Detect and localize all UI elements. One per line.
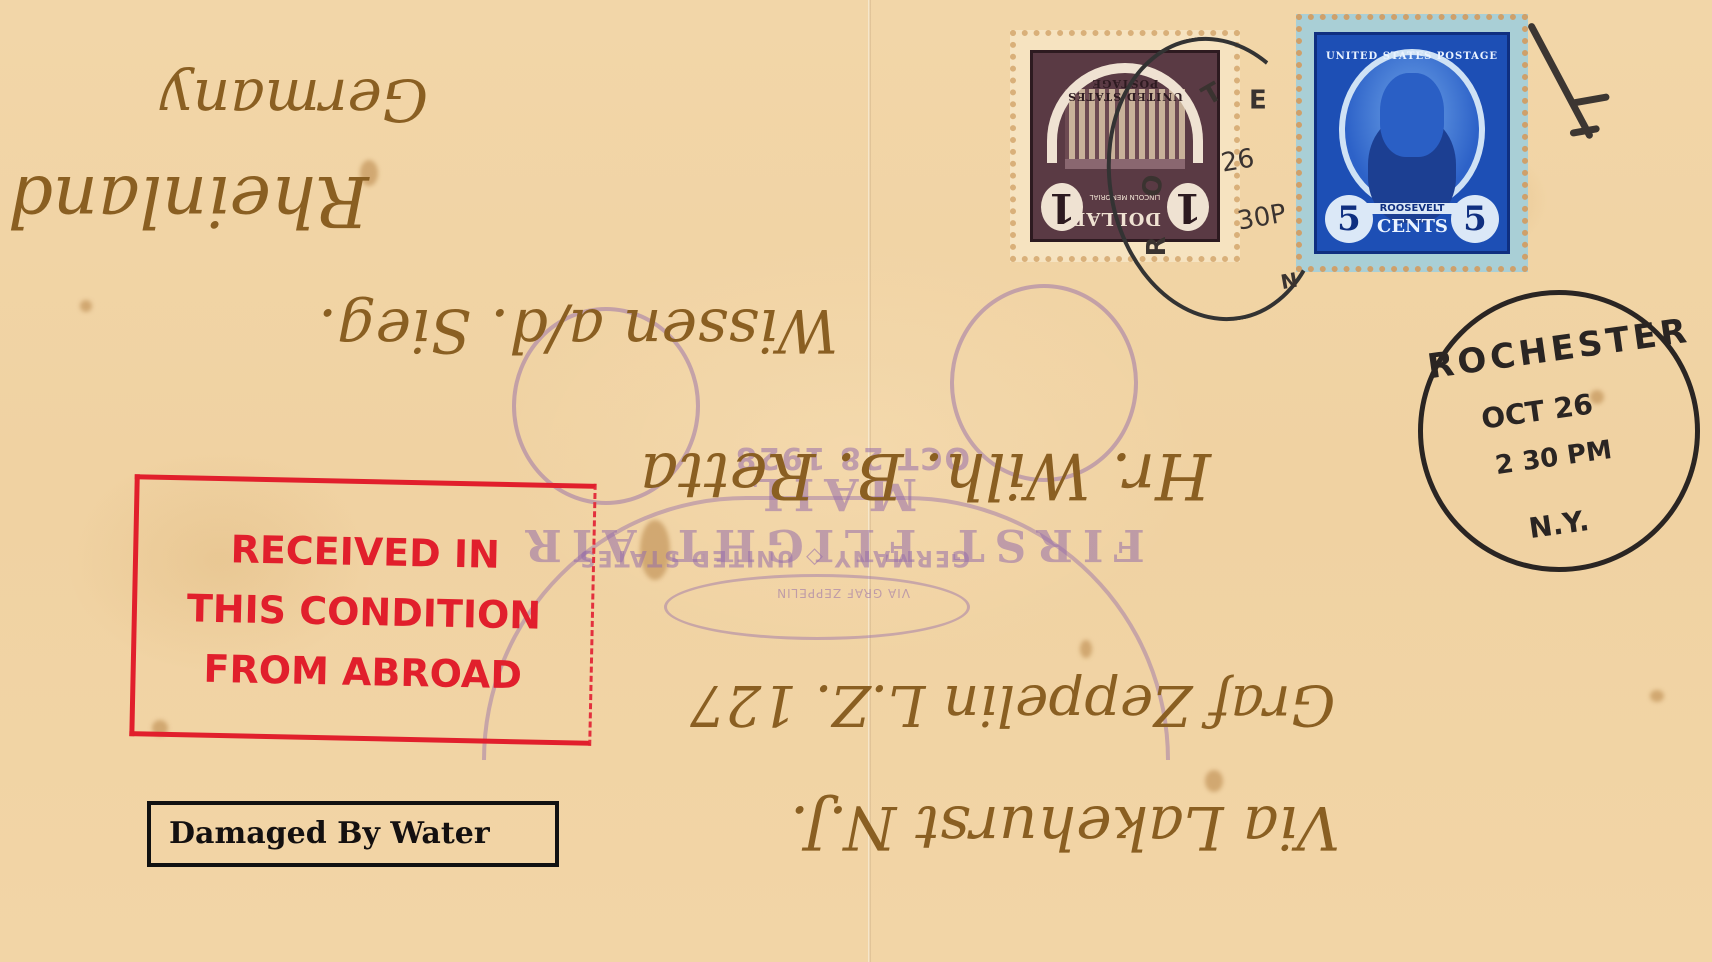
handwritten-city: Wissen a/d. Sieg.: [318, 295, 838, 365]
stamp-subject: ROOSEVELT: [1357, 203, 1467, 214]
stain: [1205, 770, 1223, 792]
envelope: FIRST FLIGHT AIR MAIL VIA GRAF ZEPPELIN …: [0, 0, 1712, 962]
handwritten-region: Rheinland: [8, 160, 369, 242]
portrait-icon: [1380, 73, 1444, 157]
stain: [80, 300, 92, 312]
handwritten-country: Germany: [160, 66, 428, 134]
denomination-numeral: 5: [1325, 195, 1373, 243]
stamp-frame-text: UNITED STATES POSTAGE: [1317, 51, 1507, 62]
cachet-via: VIA GRAF ZEPPELIN: [776, 586, 910, 600]
damaged-by-water-stamp: Damaged By Water: [147, 801, 559, 867]
red-stamp-line: THIS CONDITION: [136, 577, 591, 646]
red-stamp-line: FROM ABROAD: [135, 637, 590, 706]
handwritten-routing: Graf Zeppelin L.Z. 127: [690, 672, 1335, 737]
postmark-date: OCT 26: [1479, 387, 1595, 435]
cancellation-bars: [1530, 20, 1650, 140]
handwritten-recipient: Hr. Wilh. B. Retta: [640, 438, 1211, 512]
denomination-numeral: 5: [1451, 195, 1499, 243]
zeppelin-icon: [664, 574, 970, 640]
postmark-letter: N: [1279, 268, 1300, 295]
stamp-design: UNITED STATES POSTAGE ROOSEVELT 5 5 CENT…: [1314, 32, 1510, 254]
postmark-letter: E: [1249, 86, 1267, 116]
postmark-rochester: ROCHESTER OCT 26 2 30 PM N.Y.: [1418, 290, 1700, 572]
postmark-city: ROCHESTER: [1422, 310, 1697, 387]
postmark-state: N.Y.: [1422, 489, 1696, 560]
stamp-five-cents: UNITED STATES POSTAGE ROOSEVELT 5 5 CENT…: [1296, 14, 1528, 272]
cachet-countries: GERMANY ◇ UNITED STATES: [578, 545, 970, 570]
stain: [1650, 690, 1664, 702]
denomination-text: CENTS: [1377, 216, 1447, 237]
red-stamp-line: RECEIVED IN: [138, 517, 593, 586]
postmark-time: 2 30 PM: [1493, 435, 1613, 481]
received-condition-stamp: RECEIVED IN THIS CONDITION FROM ABROAD: [129, 474, 596, 746]
postmark-letter: T: [1197, 77, 1227, 112]
postmark-letter: R: [1142, 236, 1172, 256]
postmark-time: 30P: [1235, 199, 1288, 237]
postmark-letter: O: [1137, 172, 1170, 199]
handwritten-via: Via Lakehurst N.J.: [790, 792, 1340, 862]
postmark-date: 26: [1219, 143, 1257, 178]
